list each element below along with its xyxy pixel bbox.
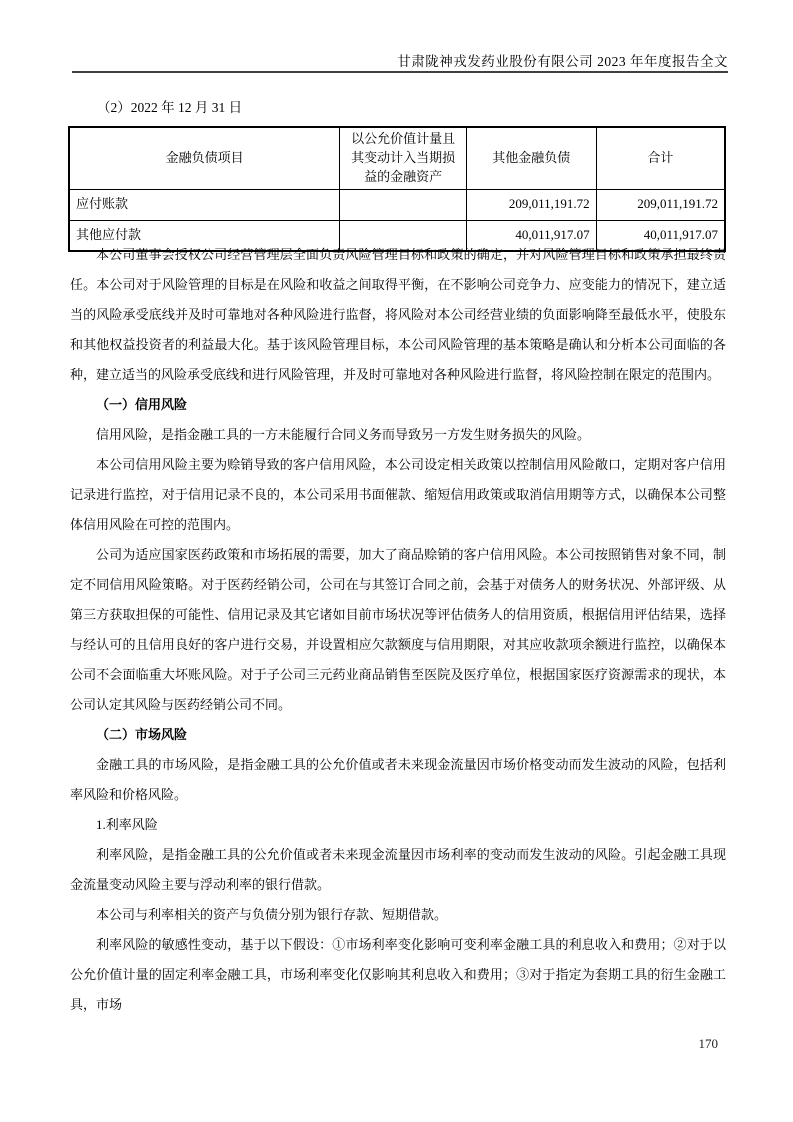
- subheading-interest-risk: 1.利率风险: [70, 810, 726, 840]
- row-fvtpl-value: [340, 189, 467, 220]
- report-header-title: 甘肃陇神戎发药业股份有限公司 2023 年年度报告全文: [70, 50, 728, 70]
- financial-liabilities-table: 金融负债项目 以公允价值计量且其变动计入当期损益的金融资产 其他金融负债 合计 …: [68, 126, 726, 252]
- paragraph-credit-policy: 本公司信用风险主要为赊销导致的客户信用风险，本公司设定相关政策以控制信用风险敞口…: [70, 450, 726, 540]
- body-text: 本公司董事会授权公司经营管理层全面负责风险管理目标和政策的确定，并对风险管理目标…: [70, 240, 726, 1020]
- paragraph-interest-definition: 利率风险，是指金融工具的公允价值或者未来现金流量因市场利率的变动而发生波动的风险…: [70, 840, 726, 900]
- paragraph-interest-assets: 本公司与利率相关的资产与负债分别为银行存款、短期借款。: [70, 900, 726, 930]
- heading-market-risk: （二）市场风险: [70, 720, 726, 750]
- page-number: 170: [0, 1036, 718, 1052]
- heading-credit-risk: （一）信用风险: [70, 390, 726, 420]
- row-other-value: 209,011,191.72: [466, 189, 596, 220]
- report-page: 甘肃陇神戎发药业股份有限公司 2023 年年度报告全文 （2）2022 年 12…: [0, 0, 793, 1122]
- col-header-other: 其他金融负债: [466, 127, 596, 189]
- paragraph-market-definition: 金融工具的市场风险，是指金融工具的公允价值或者未来现金流量因市场价格变动而发生波…: [70, 750, 726, 810]
- row-item-label: 应付账款: [69, 189, 340, 220]
- paragraph-interest-sensitivity: 利率风险的敏感性变动，基于以下假设：①市场利率变化影响可变利率金融工具的利息收入…: [70, 930, 726, 1020]
- header-rule: [72, 71, 728, 73]
- paragraph-credit-strategy: 公司为适应国家医药政策和市场拓展的需要，加大了商品赊销的客户信用风险。本公司按照…: [70, 540, 726, 720]
- col-header-item: 金融负债项目: [69, 127, 340, 189]
- table-row: 应付账款 209,011,191.72 209,011,191.72: [69, 189, 725, 220]
- col-header-total: 合计: [596, 127, 725, 189]
- paragraph-risk-intro: 本公司董事会授权公司经营管理层全面负责风险管理目标和政策的确定，并对风险管理目标…: [70, 240, 726, 390]
- row-total-value: 209,011,191.72: [596, 189, 725, 220]
- col-header-fvtpl: 以公允价值计量且其变动计入当期损益的金融资产: [340, 127, 467, 189]
- paragraph-credit-definition: 信用风险，是指金融工具的一方未能履行合同义务而导致另一方发生财务损失的风险。: [70, 420, 726, 450]
- table-header-row: 金融负债项目 以公允价值计量且其变动计入当期损益的金融资产 其他金融负债 合计: [69, 127, 725, 189]
- section-date-label: （2）2022 年 12 月 31 日: [70, 96, 726, 120]
